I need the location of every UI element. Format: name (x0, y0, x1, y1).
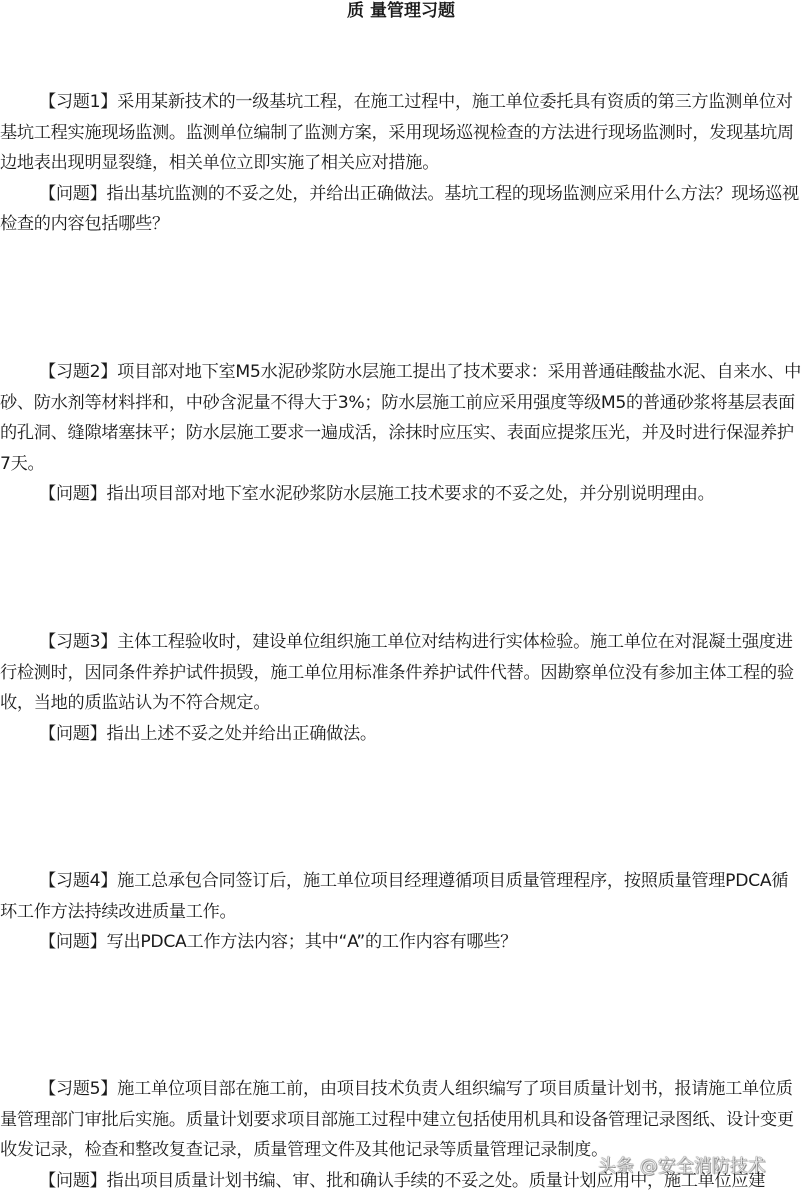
exercise-1-question: 【问题】指出基坑监测的不妥之处，并给出正确做法。基坑工程的现场监测应采用什么方法… (0, 179, 802, 240)
exercise-3-question: 【问题】指出上述不妥之处并给出正确做法。 (0, 719, 802, 750)
exercise-3-content: 【习题3】主体工程验收时，建设单位组织施工单位对结构进行实体检验。施工单位在对混… (0, 627, 802, 719)
exercise-4-content: 【习题4】施工总承包合同签订后，施工单位项目经理遵循项目质量管理程序，按照质量管… (0, 866, 802, 927)
exercise-2-question: 【问题】指出项目部对地下室水泥砂浆防水层施工技术要求的不妥之处，并分别说明理由。 (0, 479, 802, 510)
watermark: 头条 @安全消防技术 (598, 1152, 766, 1178)
exercise-1: 【习题1】采用某新技术的一级基坑工程，在施工过程中，施工单位委托具有资质的第三方… (0, 87, 802, 240)
exercise-4: 【习题4】施工总承包合同签订后，施工单位项目经理遵循项目质量管理程序，按照质量管… (0, 866, 802, 958)
exercise-4-question: 【问题】写出PDCA工作方法内容；其中“A”的工作内容有哪些？ (0, 927, 802, 958)
exercise-3: 【习题3】主体工程验收时，建设单位组织施工单位对结构进行实体检验。施工单位在对混… (0, 627, 802, 749)
exercise-2-content: 【习题2】项目部对地下室M5水泥砂浆防水层施工提出了技术要求：采用普通硅酸盐水泥… (0, 357, 802, 479)
document-title: 质 量管理习题 (0, 0, 802, 22)
exercise-2: 【习题2】项目部对地下室M5水泥砂浆防水层施工提出了技术要求：采用普通硅酸盐水泥… (0, 357, 802, 510)
exercise-1-content: 【习题1】采用某新技术的一级基坑工程，在施工过程中，施工单位委托具有资质的第三方… (0, 87, 802, 179)
